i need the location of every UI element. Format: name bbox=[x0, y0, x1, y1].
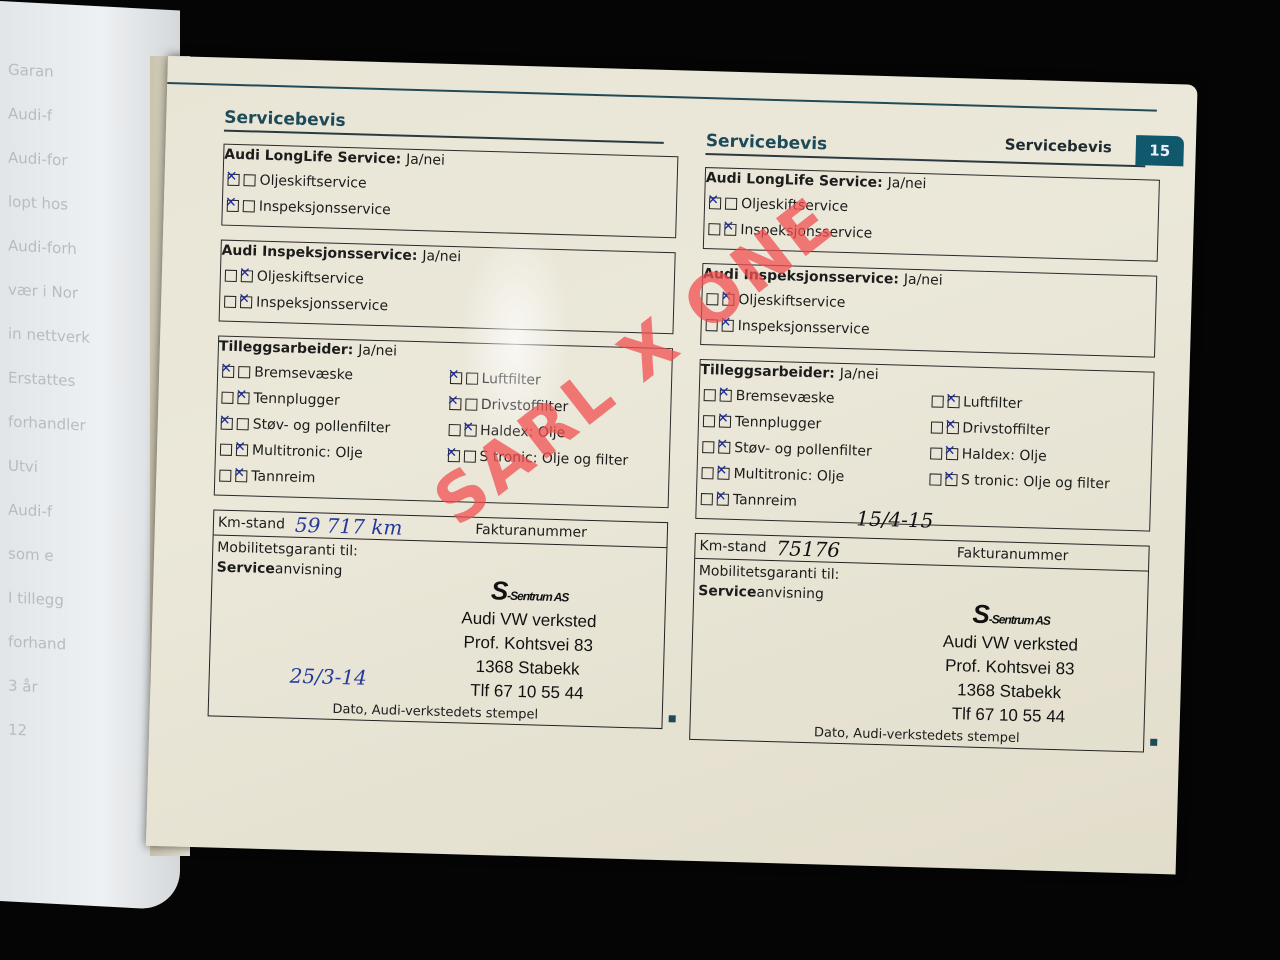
checkbox-nei[interactable] bbox=[717, 468, 729, 480]
checklist-item: Tannreim bbox=[219, 463, 437, 495]
end-marker-icon bbox=[669, 715, 676, 722]
checkbox-nei[interactable] bbox=[241, 270, 253, 282]
checkbox-nei[interactable] bbox=[240, 296, 252, 308]
item-label: Inspeksjonsservice bbox=[737, 318, 869, 338]
ghost-line: vær i Nor bbox=[8, 281, 78, 302]
ghost-line: I tillegg bbox=[8, 589, 64, 609]
item-label: Tannreim bbox=[251, 468, 316, 486]
stamp-line4: Tlf 67 10 55 44 bbox=[459, 678, 595, 706]
ja-nei: Ja/nei bbox=[840, 366, 879, 383]
checkbox-nei[interactable] bbox=[237, 418, 249, 430]
km-value: 75176 bbox=[776, 536, 840, 562]
box-title: Tilleggsarbeider: bbox=[219, 339, 354, 359]
checkbox-nei[interactable] bbox=[237, 392, 249, 404]
checkbox-ja[interactable] bbox=[931, 395, 943, 407]
item-label: Støv- og pollenfilter bbox=[734, 440, 872, 460]
item-label: Tannreim bbox=[733, 492, 798, 510]
checkbox-ja[interactable] bbox=[219, 470, 231, 482]
item-label: Multitronic: Olje bbox=[252, 443, 363, 462]
box-title: Tilleggsarbeider: bbox=[700, 362, 835, 382]
service-bold: Service bbox=[698, 583, 757, 601]
faktura-label: Fakturanummer bbox=[475, 522, 587, 541]
date-handwritten: 25/3-14 bbox=[289, 664, 367, 690]
checkbox-nei[interactable] bbox=[718, 442, 730, 454]
checkbox-ja[interactable] bbox=[220, 444, 232, 456]
checkbox-nei[interactable] bbox=[947, 396, 959, 408]
checkbox-nei[interactable] bbox=[946, 422, 958, 434]
right-page: Servicebevis 15 ServicebevisAudi LongLif… bbox=[146, 56, 1198, 874]
end-marker-icon bbox=[1150, 739, 1157, 746]
checkbox-ja[interactable] bbox=[701, 493, 713, 505]
checkbox-ja[interactable] bbox=[221, 418, 233, 430]
checkbox-ja[interactable] bbox=[225, 270, 237, 282]
service-rest: anvisning bbox=[275, 561, 343, 579]
date-handwritten: 15/4-15 bbox=[856, 506, 934, 532]
left-page-ghost-text: GaranAudi-fAudi-forlopt hosAudi-forhvær … bbox=[0, 0, 180, 10]
workshop-stamp: S-Sentrum ASAudi VW verkstedProf. Kohtsv… bbox=[459, 577, 598, 706]
checkbox-ja[interactable] bbox=[221, 392, 233, 404]
km-label: Km-stand bbox=[699, 538, 766, 556]
stamp-box: Km-stand59 717 kmFakturanummerMobilitets… bbox=[208, 509, 669, 729]
item-label: Oljeskiftservice bbox=[259, 173, 366, 192]
workshop-stamp: S-Sentrum ASAudi VW verkstedProf. Kohtsv… bbox=[941, 601, 1080, 730]
item-label: S tronic: Olje og filter bbox=[961, 472, 1110, 492]
stamp-box: Km-stand75176FakturanummerMobilitetsgara… bbox=[689, 533, 1150, 753]
checkbox-ja[interactable] bbox=[930, 421, 942, 433]
checkbox-ja[interactable] bbox=[709, 197, 721, 209]
ghost-line: in nettverk bbox=[8, 325, 90, 346]
checkbox-ja[interactable] bbox=[704, 389, 716, 401]
section-title: Servicebevis bbox=[224, 108, 664, 144]
logo-mark: S bbox=[491, 575, 508, 605]
service-rest: anvisning bbox=[756, 585, 824, 603]
checkbox-ja[interactable] bbox=[929, 473, 941, 485]
item-label: Luftfilter bbox=[963, 394, 1023, 412]
faktura-label: Fakturanummer bbox=[957, 545, 1069, 564]
ghost-line: Audi-forh bbox=[8, 237, 77, 258]
checkbox-ja[interactable] bbox=[702, 441, 714, 453]
checkbox-ja[interactable] bbox=[701, 467, 713, 479]
checklist-item: S tronic: Olje og filter bbox=[929, 466, 1147, 498]
item-label: Støv- og pollenfilter bbox=[253, 417, 391, 437]
ghost-line: Audi-for bbox=[8, 149, 68, 169]
checkbox-ja[interactable] bbox=[703, 415, 715, 427]
ghost-line: lopt hos bbox=[8, 193, 68, 213]
checkbox-ja[interactable] bbox=[224, 296, 236, 308]
ghost-line: som e bbox=[8, 545, 54, 564]
checkbox-nei[interactable] bbox=[238, 366, 250, 378]
checkbox-nei[interactable] bbox=[235, 470, 247, 482]
section-title: Servicebevis bbox=[705, 131, 1145, 167]
checkbox-ja[interactable] bbox=[227, 174, 239, 186]
km-label: Km-stand bbox=[218, 515, 285, 533]
checkbox-nei[interactable] bbox=[717, 493, 729, 505]
service-bold: Service bbox=[217, 560, 276, 578]
ghost-line: Audi-f bbox=[8, 105, 52, 124]
item-label: Drivstoffilter bbox=[962, 420, 1050, 438]
ghost-line: forhand bbox=[8, 633, 66, 653]
km-value: 59 717 km bbox=[295, 513, 403, 540]
ghost-line: Garan bbox=[8, 61, 54, 80]
longlife-box: Audi LongLife Service: Ja/neiOljeskiftse… bbox=[221, 144, 678, 239]
logo-sub: -Sentrum AS bbox=[989, 612, 1051, 628]
item-label: Multitronic: Olje bbox=[733, 466, 844, 485]
stamp-line4: Tlf 67 10 55 44 bbox=[941, 702, 1077, 730]
checkbox-nei[interactable] bbox=[946, 448, 958, 460]
ja-nei: Ja/nei bbox=[887, 175, 926, 192]
item-label: Inspeksjonsservice bbox=[259, 199, 391, 219]
checkbox-nei[interactable] bbox=[236, 444, 248, 456]
checkbox-nei[interactable] bbox=[945, 474, 957, 486]
checkbox-nei[interactable] bbox=[243, 174, 255, 186]
box-title: Audi Inspeksjonsservice: bbox=[221, 243, 417, 264]
item-label: Bremsevæske bbox=[254, 365, 353, 384]
item-label: Haldex: Olje bbox=[961, 446, 1047, 464]
checkbox-nei[interactable] bbox=[719, 416, 731, 428]
logo-sub: -Sentrum AS bbox=[507, 589, 569, 605]
logo-mark: S bbox=[972, 599, 989, 629]
ghost-line: 3 år bbox=[8, 677, 38, 696]
header-rule bbox=[167, 82, 1157, 112]
item-label: Inspeksjonsservice bbox=[256, 295, 388, 315]
item-label: Oljeskiftservice bbox=[257, 269, 364, 288]
ghost-line: 12 bbox=[8, 721, 27, 739]
checkbox-nei[interactable] bbox=[243, 200, 255, 212]
checkbox-ja[interactable] bbox=[227, 200, 239, 212]
ja-nei: Ja/nei bbox=[904, 272, 943, 289]
checkbox-nei[interactable] bbox=[720, 390, 732, 402]
checkbox-nei[interactable] bbox=[725, 198, 737, 210]
checkbox-ja[interactable] bbox=[930, 447, 942, 459]
ghost-line: Audi-f bbox=[8, 501, 52, 520]
item-label: Bremsevæske bbox=[736, 388, 835, 407]
item-label: Tennplugger bbox=[735, 414, 822, 432]
ja-nei: Ja/nei bbox=[422, 248, 461, 265]
ja-nei: Ja/nei bbox=[358, 342, 397, 359]
box-title: Audi LongLife Service: bbox=[224, 147, 401, 168]
ja-nei: Ja/nei bbox=[406, 152, 445, 169]
ghost-line: Utvi bbox=[8, 457, 38, 476]
ghost-line: Erstattes bbox=[8, 369, 75, 390]
item-label: Tennplugger bbox=[253, 391, 340, 409]
tillegg-box: Tilleggsarbeider: Ja/neiBremsevæskeLuftf… bbox=[695, 359, 1154, 532]
checkbox-ja[interactable] bbox=[222, 366, 234, 378]
inspeksjon-box: Audi Inspeksjonsservice: Ja/neiOljeskift… bbox=[219, 240, 676, 335]
ghost-line: forhandler bbox=[8, 413, 86, 434]
checkbox-ja[interactable] bbox=[708, 223, 720, 235]
